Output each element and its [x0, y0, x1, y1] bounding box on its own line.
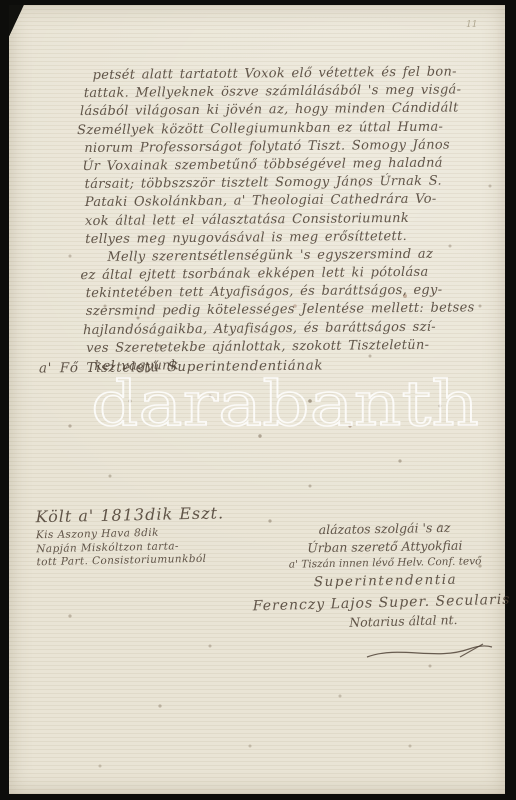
pencil-mark: 11 — [466, 20, 477, 30]
closing-block: alázatos szolgái 's az Úrban szerető Att… — [256, 518, 513, 593]
paper-specks — [9, 5, 11, 7]
watermark: darabanth — [89, 373, 489, 443]
watermark-text: darabanth — [91, 373, 479, 440]
document-paper: petsét alatt tartatott Voxok elő vétette… — [9, 5, 505, 794]
signature-block: Ferenczy Lajos Super. Secularis Notarius… — [253, 592, 514, 633]
signature-flourish — [365, 641, 495, 663]
signature-title: Notarius által nt. — [349, 611, 513, 630]
date-line: Költ a' 1813dik Eszt. — [35, 501, 255, 530]
photo-frame: petsét alatt tartatott Voxok elő vétette… — [0, 0, 516, 800]
date-block: Költ a' 1813dik Eszt. Kis Aszony Hava 8d… — [35, 501, 256, 570]
letter-body: petsét alatt tartatott Voxok elő vétette… — [84, 63, 515, 376]
folded-corner — [9, 5, 25, 39]
